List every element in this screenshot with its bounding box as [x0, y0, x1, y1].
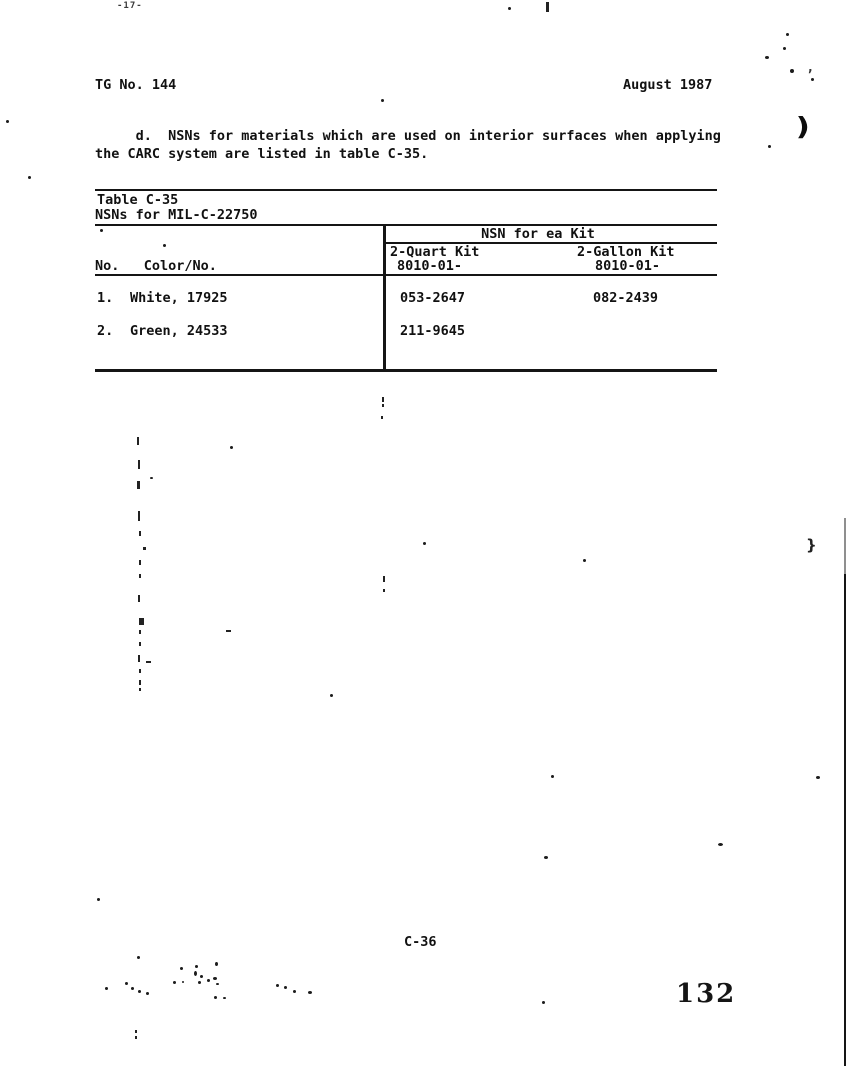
scan-speck [100, 229, 103, 232]
scan-speck [790, 69, 794, 73]
scan-tick [382, 397, 384, 402]
table-title-rule [95, 224, 717, 226]
scan-speck [131, 987, 134, 990]
row2-quart-nsn: 211-9645 [400, 324, 465, 339]
scan-speck [284, 986, 287, 989]
column-header-rule [95, 274, 717, 276]
scan-speck [718, 843, 723, 846]
footer-section-label: C-36 [404, 935, 437, 950]
scan-tick [139, 560, 141, 565]
scan-speck [216, 983, 219, 985]
row1-quart-nsn: 053-2647 [400, 291, 465, 306]
scan-tick [138, 460, 140, 469]
scan-speck [308, 991, 312, 994]
doc-number: TG No. 144 [95, 78, 176, 93]
scan-speck [783, 47, 786, 50]
scan-tick [226, 630, 231, 632]
scan-speck [508, 7, 511, 10]
paragraph-d: d. NSNs for materials which are used on … [95, 128, 721, 163]
scan-tick [137, 437, 139, 445]
scan-speck [200, 975, 203, 978]
scan-speck [137, 956, 140, 959]
scan-mark-brace: } [806, 536, 817, 554]
scan-mark-paren: ) [796, 112, 810, 141]
scan-speck [765, 56, 769, 59]
scan-tick [138, 511, 140, 521]
scan-speck [276, 984, 279, 987]
scan-speck [230, 446, 233, 449]
scan-tick [139, 642, 141, 646]
scan-speck [214, 996, 217, 999]
scan-speck [215, 962, 218, 966]
scan-speck [6, 120, 9, 123]
scan-speck [195, 965, 198, 968]
scan-speck [198, 981, 201, 984]
table-subtitle: NSNs for MIL-C-22750 [95, 208, 258, 223]
scan-speck [194, 971, 197, 976]
scan-tick [139, 630, 141, 634]
scan-tick [139, 688, 141, 691]
scan-tick [135, 1036, 137, 1039]
scan-tick [139, 680, 141, 685]
scan-tick [383, 576, 385, 582]
scan-speck [97, 898, 100, 901]
row1-no: 1. [97, 291, 113, 306]
row1-gallon-nsn: 082-2439 [593, 291, 658, 306]
col-prefix-gallon: 8010-01- [595, 259, 660, 274]
scan-tick [381, 416, 383, 419]
scan-speck [173, 981, 176, 984]
scan-speck [381, 99, 384, 102]
scan-speck [28, 176, 31, 179]
scan-speck [293, 990, 296, 993]
col-prefix-quart: 8010-01- [397, 259, 462, 274]
scan-mark-topleft: -17- [117, 1, 143, 11]
scan-tick [383, 589, 385, 592]
row2-no: 2. [97, 324, 113, 339]
scan-tick [138, 595, 140, 602]
scan-edge-line-black [844, 574, 846, 1066]
scan-speck [213, 977, 217, 980]
table-top-rule [95, 189, 717, 191]
scan-speck [542, 1001, 545, 1004]
scan-speck [105, 987, 108, 990]
scan-tick [139, 574, 141, 578]
scan-speck [811, 78, 814, 81]
scan-tick [137, 481, 140, 489]
table-column-divider [383, 224, 386, 371]
scan-tick [382, 404, 384, 407]
scan-speck [223, 997, 226, 999]
scan-speck [146, 992, 149, 995]
scan-speck [182, 981, 184, 983]
scan-tick [139, 618, 144, 625]
span-header-nsn-for-ea-kit: NSN for ea Kit [383, 227, 693, 242]
col-header-no-color: No. Color/No. [95, 259, 217, 274]
doc-date: August 1987 [623, 78, 712, 93]
table-title: Table C-35 [97, 193, 178, 208]
scan-speck [544, 856, 548, 859]
scan-speck [423, 542, 426, 545]
scan-speck [163, 244, 166, 247]
scan-speck [768, 145, 771, 148]
scan-edge-line-gray [844, 518, 846, 574]
scan-tick [546, 2, 549, 12]
scan-speck [551, 775, 554, 778]
scan-speck [786, 33, 789, 36]
scan-tick [139, 531, 141, 536]
scan-speck [816, 776, 820, 779]
scan-tick [138, 655, 140, 662]
row2-color: Green, 24533 [130, 324, 228, 339]
scan-speck [583, 559, 586, 562]
document-page: TG No. 144 August 1987 d. NSNs for mater… [0, 0, 848, 1072]
scan-tick [139, 669, 141, 673]
table-bottom-rule [95, 369, 717, 372]
scan-speck [330, 694, 333, 697]
page-number: 132 [676, 979, 736, 1009]
scan-speck [150, 477, 153, 479]
scan-speck [138, 990, 141, 993]
scan-tick [146, 661, 151, 663]
scan-tick [143, 547, 146, 550]
scan-tick [135, 1030, 137, 1033]
scan-speck [125, 982, 128, 985]
scan-speck [180, 967, 183, 970]
scan-speck [207, 979, 210, 982]
row1-color: White, 17925 [130, 291, 228, 306]
